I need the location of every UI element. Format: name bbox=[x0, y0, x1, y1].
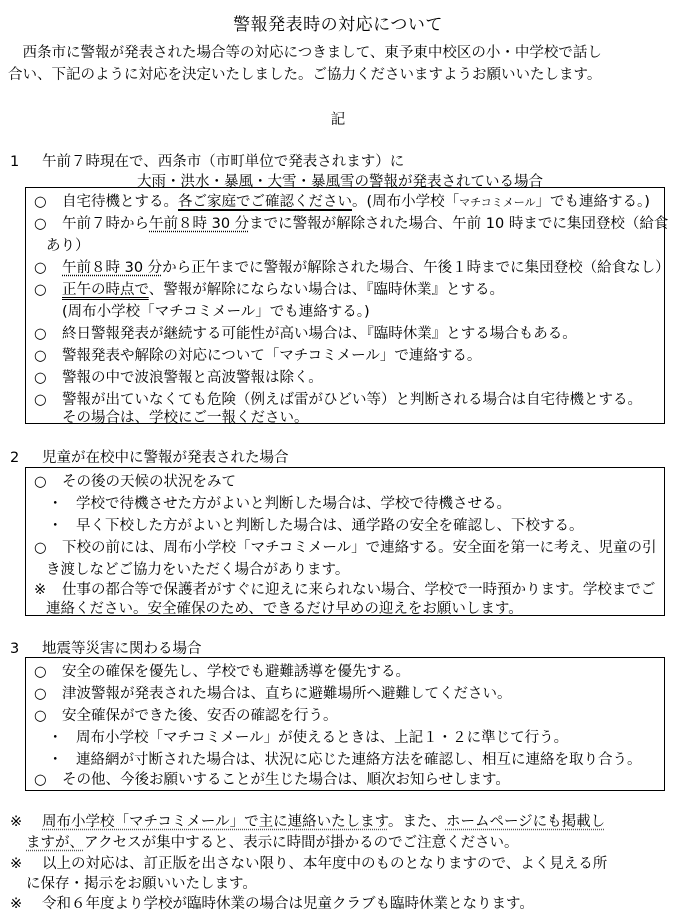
list-item: ○午前７時から午前８時 30 分までに警報が解除された場合、午前 10 時までに… bbox=[34, 212, 668, 233]
list-item: ○自宅待機とする。各ご家庭でご確認ください。(周布小学校「マチコミメール」でも連… bbox=[34, 190, 650, 211]
list-item-continuation: 連絡ください。安全確保のため、できるだけ早めの迎えをお願いします。 bbox=[46, 597, 523, 618]
item-text: 周布小学校「マチコミメール」が使えるときは、上記１・２に準じて行う。 bbox=[76, 730, 568, 746]
item-text: 終日警報発表が継続する可能性が高い場合は、『臨時休業』とする場合もある。 bbox=[62, 326, 577, 342]
emphasis-text: 午前８時 30 分 bbox=[149, 216, 249, 232]
emphasis-text: 周布小学校「マチコミメール」で主に連絡いたします bbox=[42, 814, 388, 830]
list-item: ○津波警報が発表された場合は、直ちに避難場所へ避難してください。 bbox=[34, 682, 512, 703]
circle-bullet-icon: ○ bbox=[34, 474, 62, 490]
circle-bullet-icon: ○ bbox=[34, 540, 62, 556]
list-item: ○その後の天候の状況をみて bbox=[34, 470, 236, 491]
item-text: その後の天候の状況をみて bbox=[62, 474, 236, 490]
page-title: 警報発表時の対応について bbox=[0, 10, 676, 35]
dot-bullet-icon: ・ bbox=[48, 492, 76, 513]
list-item-continuation: その場合は、学校にご一報ください。 bbox=[62, 406, 309, 427]
circle-bullet-icon: ○ bbox=[34, 708, 62, 724]
dot-bullet-icon: ・ bbox=[48, 514, 76, 535]
section-number: 1 bbox=[10, 154, 42, 170]
list-item: ○その他、今後お願いすることが生じた場合は、順次お知らせします。 bbox=[34, 768, 510, 789]
section-1-heading: 1午前７時現在で、西条市（市町単位で発表されます）に bbox=[10, 150, 404, 171]
emphasis-text: 午前８時 30 分 bbox=[62, 260, 162, 276]
emphasis-text: 各ご家庭でご確認ください bbox=[178, 194, 352, 210]
circle-bullet-icon: ○ bbox=[34, 216, 62, 232]
section-3-heading: 3地震等災害に関わる場合 bbox=[10, 637, 202, 658]
list-item: ○正午の時点で、警報が解除にならない場合は、『臨時休業』とする。 bbox=[34, 278, 504, 299]
item-text: 警報の中で波浪警報と高波警報は除く。 bbox=[62, 370, 323, 386]
item-text: 」でも連絡する。) bbox=[536, 194, 650, 210]
note-mark-icon: ※ bbox=[10, 856, 42, 872]
section-heading-text: 児童が在校中に警報が発表された場合 bbox=[42, 450, 289, 466]
item-text: 津波警報が発表された場合は、直ちに避難場所へ避難してください。 bbox=[62, 686, 512, 702]
section-number: 2 bbox=[10, 450, 42, 466]
section-number: 3 bbox=[10, 641, 42, 657]
item-text: 安全確保ができた後、安否の確認を行う。 bbox=[62, 708, 338, 724]
dot-bullet-icon: ・ bbox=[48, 748, 76, 769]
section-2-heading: 2児童が在校中に警報が発表された場合 bbox=[10, 446, 289, 467]
item-text: 仕事の都合等で保護者がすぐに迎えに来られない場合、学校で一時預かります。学校まで… bbox=[62, 582, 655, 598]
item-text: マチコミメール bbox=[459, 196, 535, 209]
note-mark-icon: ※ bbox=[34, 582, 62, 598]
circle-bullet-icon: ○ bbox=[34, 260, 62, 276]
circle-bullet-icon: ○ bbox=[34, 772, 62, 788]
list-item-continuation: (周布小学校「マチコミメール」でも連絡する。) bbox=[62, 300, 370, 321]
list-item: ・学校で待機させた方がよいと判断した場合は、学校で待機させる。 bbox=[48, 492, 511, 513]
item-text: 午前７時から bbox=[62, 216, 149, 232]
note-text: 。また、 bbox=[388, 814, 446, 830]
list-item: ○安全の確保を優先し、学校でも避難誘導を優先する。 bbox=[34, 660, 410, 681]
list-item: ○警報発表や解除の対応について「マチコミメール」で連絡する。 bbox=[34, 344, 481, 365]
section-heading-text: 午前７時現在で、西条市（市町単位で発表されます）に bbox=[42, 154, 404, 170]
item-text: 、警報が解除にならない場合は、『臨時休業』とする。 bbox=[149, 282, 504, 298]
note-text: 以上の対応は、訂正版を出さない限り、本年度中のものとなりますので、よく見える所 bbox=[42, 856, 607, 872]
item-text: 安全の確保を優先し、学校でも避難誘導を優先する。 bbox=[62, 664, 410, 680]
list-item: ○安全確保ができた後、安否の確認を行う。 bbox=[34, 704, 338, 725]
circle-bullet-icon: ○ bbox=[34, 194, 62, 210]
section-heading-text: 地震等災害に関わる場合 bbox=[42, 641, 202, 657]
item-text: 学校で待機させた方がよいと判断した場合は、学校で待機させる。 bbox=[76, 496, 511, 512]
circle-bullet-icon: ○ bbox=[34, 664, 62, 680]
circle-bullet-icon: ○ bbox=[34, 392, 62, 408]
note-text: 令和６年度より学校が臨時休業の場合は児童クラブも臨時休業となります。 bbox=[42, 896, 534, 912]
emphasis-text: 正午の時点で bbox=[62, 282, 149, 298]
section-3-box: ○安全の確保を優先し、学校でも避難誘導を優先する。 ○津波警報が発表された場合は… bbox=[25, 657, 665, 791]
item-text: その他、今後お願いすることが生じた場合は、順次お知らせします。 bbox=[62, 772, 510, 788]
item-text: 早く下校した方がよいと判断した場合は、通学路の安全を確認し、下校する。 bbox=[76, 518, 584, 534]
section-1-box: ○自宅待機とする。各ご家庭でご確認ください。(周布小学校「マチコミメール」でも連… bbox=[25, 187, 665, 424]
list-item-continuation: き渡しなどご協力をいただく場合があります。 bbox=[46, 558, 349, 579]
emphasis-text: ますが、 bbox=[26, 835, 84, 851]
list-item: ・早く下校した方がよいと判断した場合は、通学路の安全を確認し、下校する。 bbox=[48, 514, 584, 535]
item-text: から正午までに警報が解除された場合、午後１時までに集団登校（給食なし） bbox=[162, 260, 670, 276]
item-text: 警報発表や解除の対応について「マチコミメール」で連絡する。 bbox=[62, 348, 481, 364]
emphasis-text: ホームページにも掲載し bbox=[446, 814, 605, 830]
note-item: ※周布小学校「マチコミメール」で主に連絡いたします。また、ホームページにも掲載し bbox=[10, 810, 605, 831]
list-item: ○終日警報発表が継続する可能性が高い場合は、『臨時休業』とする場合もある。 bbox=[34, 322, 577, 343]
note-mark-icon: ※ bbox=[10, 896, 42, 912]
intro-line-1: 西条市に警報が発表された場合等の対応につきまして、東予東中校区の小・中学校で話し bbox=[8, 42, 602, 64]
circle-bullet-icon: ○ bbox=[34, 348, 62, 364]
list-item-continuation: あり） bbox=[46, 234, 90, 255]
list-item: ○警報の中で波浪警報と高波警報は除く。 bbox=[34, 366, 323, 387]
item-text: 連絡網が寸断された場合は、状況に応じた連絡方法を確認し、相互に連絡を取り合う。 bbox=[76, 752, 642, 768]
item-text: までに警報が解除された場合、午前 10 時までに集団登校（給食 bbox=[249, 216, 668, 232]
item-text: 。(周布小学校「 bbox=[352, 194, 459, 210]
circle-bullet-icon: ○ bbox=[34, 370, 62, 386]
circle-bullet-icon: ○ bbox=[34, 326, 62, 342]
section-2-box: ○その後の天候の状況をみて ・学校で待機させた方がよいと判断した場合は、学校で待… bbox=[25, 467, 665, 616]
intro-line-2: 合い、下記のように対応を決定いたしました。ご協力くださいますようお願いいたします… bbox=[8, 64, 601, 86]
note-item: ※令和６年度より学校が臨時休業の場合は児童クラブも臨時休業となります。 bbox=[10, 892, 534, 913]
list-item: ・連絡網が寸断された場合は、状況に応じた連絡方法を確認し、相互に連絡を取り合う。 bbox=[48, 748, 642, 769]
list-item: ※仕事の都合等で保護者がすぐに迎えに来られない場合、学校で一時預かります。学校ま… bbox=[34, 578, 655, 599]
note-item: ※以上の対応は、訂正版を出さない限り、本年度中のものとなりますので、よく見える所 bbox=[10, 852, 607, 873]
item-text: 自宅待機とする。 bbox=[62, 194, 178, 210]
circle-bullet-icon: ○ bbox=[34, 282, 62, 298]
note-text: アクセスが集中すると、表示に時間が掛かるのでご注意ください。 bbox=[84, 835, 519, 851]
note-mark-icon: ※ bbox=[10, 814, 42, 830]
list-item: ○下校の前には、周布小学校「マチコミメール」で連絡する。安全面を第一に考え、児童… bbox=[34, 536, 657, 557]
dot-bullet-icon: ・ bbox=[48, 726, 76, 747]
note-continuation: ますが、アクセスが集中すると、表示に時間が掛かるのでご注意ください。 bbox=[26, 831, 519, 852]
note-continuation: に保存・掲示をお願いいたします。 bbox=[26, 872, 257, 893]
list-item: ・周布小学校「マチコミメール」が使えるときは、上記１・２に準じて行う。 bbox=[48, 726, 568, 747]
circle-bullet-icon: ○ bbox=[34, 686, 62, 702]
list-item: ○午前８時 30 分から正午までに警報が解除された場合、午後１時までに集団登校（… bbox=[34, 256, 670, 277]
ki-heading: 記 bbox=[0, 108, 676, 129]
item-text: 下校の前には、周布小学校「マチコミメール」で連絡する。安全面を第一に考え、児童の… bbox=[62, 540, 657, 556]
